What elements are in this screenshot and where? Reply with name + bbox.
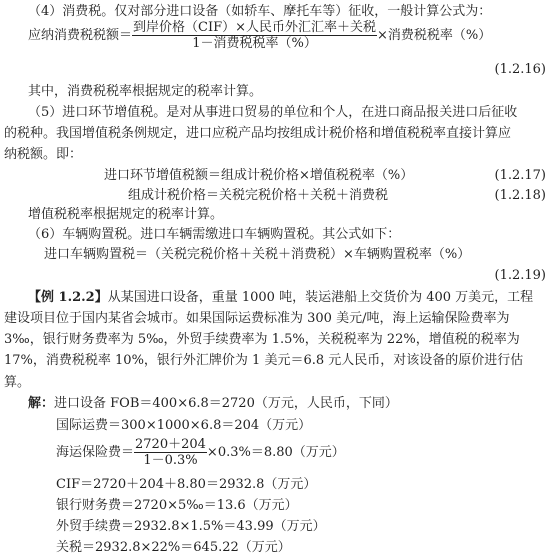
equation-number: (1.2.16) — [495, 62, 547, 78]
example-line2: 建设项目位于国内某省会城市。如果国际运费标准为 300 美元/吨，海上运输保险费… — [4, 311, 509, 327]
composite-price-formula: 组成计税价格＝关税完税价格＋关税＋消费税 — [128, 188, 388, 204]
solution-fob: 解：进口设备 FOB＝400×6.8＝2720（万元，人民币，下同） — [28, 396, 398, 412]
fraction-denominator: 1－0.3% — [134, 453, 207, 468]
formula-lhs: 应纳消费税税额＝ — [28, 28, 132, 43]
insurance-fraction: 2720＋2041－0.3% — [134, 437, 207, 468]
section5-line1: （5）进口环节增值税。是对从事进口贸易的单位和个人，在进口商品报关进口后征收 — [28, 105, 517, 121]
section6-intro: （6）车辆购置税。进口车辆需缴进口车辆购置税。其公式如下： — [28, 227, 400, 243]
formula-fraction: 到岸价格（CIF）×人民币外汇汇率＋关税1－消费税税率（%） — [132, 20, 377, 51]
equation-number: (1.2.18) — [495, 188, 547, 204]
fraction-numerator: 到岸价格（CIF）×人民币外汇汇率＋关税 — [132, 20, 377, 36]
consumption-tax-formula: 应纳消费税税额＝到岸价格（CIF）×人民币外汇汇率＋关税1－消费税税率（%）×消… — [28, 20, 491, 51]
formula-rhs: ×消费税税率（%） — [377, 28, 491, 43]
solution-bank-fee: 银行财务费＝2720×5‰＝13.6（万元） — [56, 498, 298, 514]
section4-intro: （4）消费税。仅对部分进口设备（如轿车、摩托车等）征收，一般计算公式为： — [28, 4, 491, 20]
solution-freight: 国际运费＝300×1000×6.8＝204（万元） — [56, 418, 311, 434]
section5-note: 增值税税率根据规定的税率计算。 — [28, 207, 223, 223]
vat-formula: 进口环节增值税额＝组成计税价格×增值税税率（%） — [104, 168, 413, 184]
solution-tariff: 关税＝2932.8×22%＝645.22（万元） — [56, 540, 291, 556]
solution-insurance: 海运保险费＝2720＋2041－0.3%×0.3%＝8.80（万元） — [56, 437, 345, 468]
section5-line3: 纳税额。即： — [4, 147, 82, 163]
section4-note: 其中，消费税税率根据规定的税率计算。 — [28, 84, 262, 100]
example-line5: 算。 — [4, 375, 30, 391]
equation-number: (1.2.17) — [495, 168, 547, 184]
example-line3: 3‰，银行财务费率为 5‰，外贸手续费率为 1.5%，关税税率为 22%，增值税… — [4, 332, 520, 348]
fraction-numerator: 2720＋204 — [134, 437, 207, 453]
vehicle-tax-formula: 进口车辆购置税＝（关税完税价格＋关税＋消费税）×车辆购置税率（%） — [44, 247, 470, 263]
solution-label: 解： — [28, 396, 54, 411]
example-line4: 17%，消费税税率 10%，银行外汇牌价为 1 美元＝6.8 元人民币，对该设备… — [4, 353, 523, 369]
example-line1: 【例 1.2.2】从某国进口设备，重量 1000 吨，装运港船上交货价为 400… — [28, 290, 533, 306]
solution-cif: CIF＝2720＋204＋8.80＝2932.8（万元） — [56, 477, 316, 493]
section5-line2: 的税种。我国增值税条例规定，进口应税产品均按组成计税价格和增值税税率直接计算应 — [4, 126, 511, 142]
solution-trade-fee: 外贸手续费＝2932.8×1.5%＝43.99（万元） — [56, 519, 326, 535]
equation-number: (1.2.19) — [495, 268, 547, 284]
fraction-denominator: 1－消费税税率（%） — [132, 36, 377, 51]
example-label: 【例 1.2.2】 — [28, 290, 108, 305]
